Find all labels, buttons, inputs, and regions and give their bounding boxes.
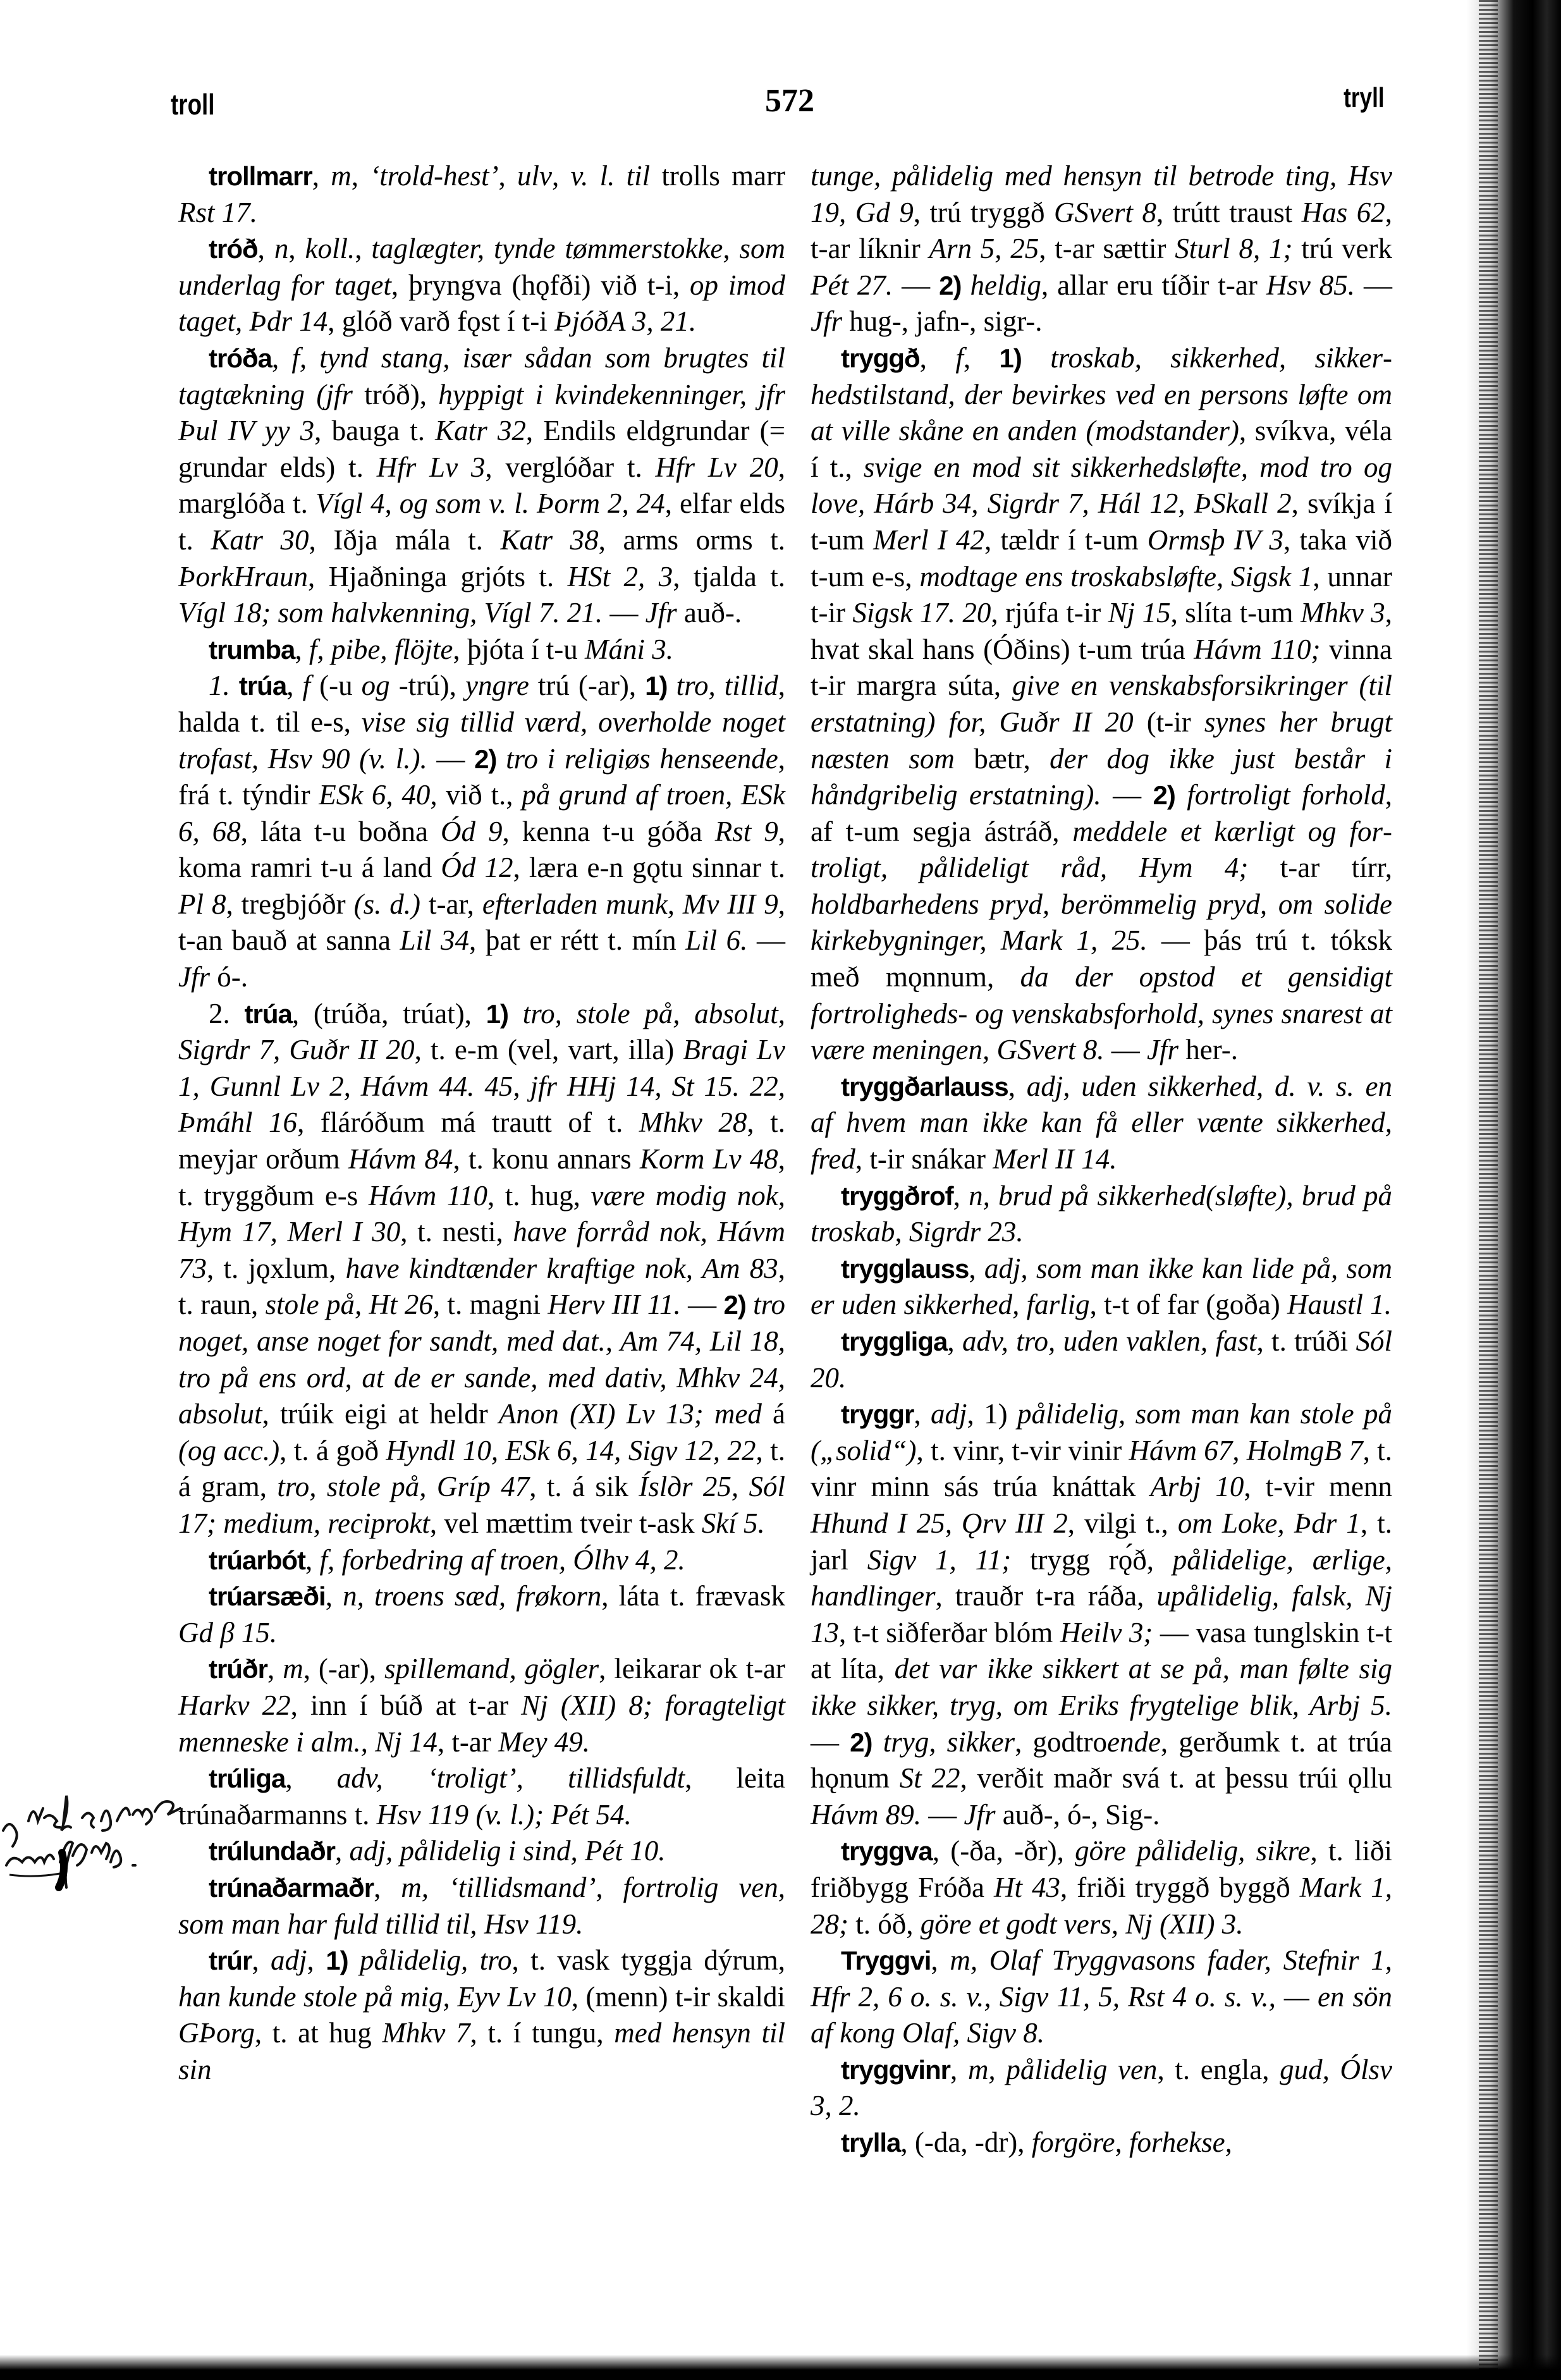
italic-gloss: f, forbedring af troen, Ólhv 4, 2. xyxy=(320,1544,685,1576)
entry-text: , xyxy=(1008,1070,1027,1102)
italic-gloss: HSt 2, 3 xyxy=(568,561,673,592)
italic-gloss: Vígl 4, og som v. l. Þorm 2, 24 xyxy=(315,488,665,519)
italic-gloss: Ormsþ IV 3 xyxy=(1148,524,1283,556)
entry-text: , trauðr t-ra ráða, xyxy=(936,1580,1157,1612)
headword: 1) xyxy=(645,671,667,701)
entry-text: , (-ða, -ðr), xyxy=(933,1835,1075,1867)
italic-gloss: Hávm 110 xyxy=(369,1180,487,1211)
italic-gloss: han kunde stole på mig, Eyv Lv 10 xyxy=(178,1981,572,2013)
headword: trygglauss xyxy=(841,1254,969,1284)
entry-text: , t. á goð xyxy=(279,1435,386,1466)
entry-text: , t. at hug xyxy=(255,2017,383,2049)
italic-gloss: tro i religiøs henseende xyxy=(506,743,778,775)
headword: tryggr xyxy=(841,1399,914,1429)
entry-text: — xyxy=(921,1799,964,1831)
dictionary-entry: tryggva, (-ða, -ðr), göre pålidelig, sik… xyxy=(811,1833,1392,1942)
dictionary-entry: tryggðrof, n, brud på sikkerhed(sløfte),… xyxy=(811,1178,1392,1251)
italic-gloss: m xyxy=(331,160,352,192)
entry-text: , t-t of far (goða) xyxy=(1090,1289,1287,1320)
entry-text: , tjalda t. xyxy=(673,561,785,592)
italic-gloss: m xyxy=(283,1653,303,1684)
entry-text: , láta t-u boðna xyxy=(241,816,441,847)
headword: tryggvinr xyxy=(841,2055,950,2085)
entry-text: -trú), xyxy=(390,670,465,701)
italic-gloss: Has 62 xyxy=(1302,197,1385,228)
italic-gloss: tro, tillid xyxy=(676,670,778,701)
dictionary-entry: tryggð, f, 1) troskab, sikkerhed, sikker… xyxy=(811,340,1392,1069)
headword: 2) xyxy=(850,1727,872,1757)
entry-text: , t. e-m (vel, vart, illa) xyxy=(415,1034,683,1065)
italic-gloss: Katr 30 xyxy=(211,524,309,556)
dictionary-entry: tróða, f, tynd stang, især sådan som bru… xyxy=(178,340,785,632)
dictionary-entry: trúnaðarmaðr, m, ‘tillidsmand’, fortro­l… xyxy=(178,1870,785,1942)
italic-gloss: og xyxy=(362,670,390,701)
italic-gloss: Hfr Lv 3 xyxy=(377,451,486,483)
entry-text: , (trúða, trúat), xyxy=(292,998,486,1029)
entry-text: t. óð, xyxy=(848,1908,921,1940)
dictionary-entry: tryggliga, adv, tro, uden vaklen, fast, … xyxy=(811,1323,1392,1396)
headword: 1) xyxy=(486,999,508,1029)
entry-text: — xyxy=(747,924,785,956)
entry-text: , xyxy=(295,634,309,665)
dictionary-entry: tróð, n, koll., taglægter, tynde tømmer­… xyxy=(178,231,785,340)
italic-gloss: Sigv 1, 11; xyxy=(867,1544,1011,1576)
italic-gloss: Hávm 67, HolmgB 7 xyxy=(1129,1435,1363,1466)
book-spine-shadow xyxy=(1466,0,1561,2380)
entry-text: , xyxy=(286,670,302,701)
italic-gloss: Sturl 8, 1; xyxy=(1175,233,1292,264)
entry-text: , (-da, -dr), xyxy=(900,2126,1031,2158)
entry-text: , t. vask tyggja dýrum, xyxy=(512,1944,785,1976)
entry-text: , xyxy=(267,1653,283,1684)
italic-gloss: Hávm 89. xyxy=(811,1799,921,1831)
entry-text: , xyxy=(252,1944,271,1976)
entry-text: , kenna t-u góða xyxy=(503,816,715,847)
entry-text: , þjóta í t-u xyxy=(453,634,585,665)
entry-text: — xyxy=(603,597,646,629)
italic-gloss: ulv xyxy=(517,160,552,192)
dictionary-entry: trygglauss, adj, som man ikke kan lide p… xyxy=(811,1251,1392,1323)
italic-gloss: Heilv 3; xyxy=(1060,1617,1153,1648)
entry-text: , þryngva (hǫfði) við t-i, xyxy=(391,269,690,301)
italic-gloss: Ht 43 xyxy=(994,1872,1060,1903)
italic-gloss: Arn 5, 25 xyxy=(929,233,1039,264)
entry-text: , xyxy=(552,160,571,192)
headword: tróða xyxy=(209,343,272,373)
entry-text: á xyxy=(762,1398,785,1430)
page-bottom-edge xyxy=(0,2355,1561,2380)
entry-text: , t. nesti, xyxy=(400,1216,513,1248)
italic-gloss: GÞorg xyxy=(178,2017,255,2049)
italic-gloss: Lil 6. xyxy=(685,924,747,956)
italic-gloss: ESk 6, 40 xyxy=(319,779,430,811)
headword: trúlundaðr xyxy=(209,1836,335,1866)
entry-text: , vilgi t., xyxy=(1068,1507,1178,1539)
headword: trúarbót xyxy=(209,1545,305,1575)
italic-gloss: pålidelig, tro xyxy=(360,1944,512,1976)
dictionary-entry: trúðr, m, (-ar), spillemand, gögler, lei… xyxy=(178,1651,785,1760)
italic-gloss: Mey 49. xyxy=(498,1726,590,1758)
entry-text: , xyxy=(288,233,305,264)
italic-gloss: f, pibe, flöjte xyxy=(309,634,453,665)
entry-text: , leik­arar ok t-ar xyxy=(599,1653,785,1684)
entry-text: trú verk xyxy=(1293,233,1392,264)
headword: trúa xyxy=(244,999,291,1029)
entry-text: — xyxy=(681,1289,724,1320)
entry-text: , arms orms t. xyxy=(599,524,785,556)
entry-text: , xyxy=(914,1398,931,1430)
italic-gloss: Hsv 119 (v. l.); Pét 54. xyxy=(377,1799,632,1831)
entry-text: , t. jǫxl­um, xyxy=(207,1253,346,1284)
headword: trúarsæði xyxy=(209,1581,326,1611)
entry-text: , xyxy=(355,233,371,264)
italic-gloss: adj xyxy=(931,1398,967,1430)
headword: 2) xyxy=(1153,780,1175,810)
headword: trúðr xyxy=(209,1654,267,1684)
handwriting-scribble-icon xyxy=(0,1793,209,1894)
italic-gloss: om Loke, Þdr 1 xyxy=(1178,1507,1361,1539)
italic-gloss: heldig xyxy=(970,269,1041,301)
entry-text: , friði tryggð byggð xyxy=(1060,1872,1300,1903)
entry-text: , xyxy=(920,342,956,374)
italic-gloss: adv, tro, uden vaklen, fast xyxy=(962,1325,1257,1357)
entry-text: , t. í tungu, xyxy=(470,2017,614,2049)
italic-gloss: Mhkv 7 xyxy=(382,2017,470,2049)
entry-text: , Hjaðn­inga grjóts t. xyxy=(308,561,568,592)
entry-text: , xyxy=(499,160,518,192)
italic-gloss: Ód 9 xyxy=(441,816,503,847)
headword: tróð xyxy=(209,234,258,264)
entry-text: trygg rǫ́ð, xyxy=(1011,1544,1173,1576)
entry-text: , xyxy=(953,1180,969,1211)
entry-text: , xyxy=(964,342,1000,374)
entry-text: , fláróðum má trautt of t. xyxy=(297,1107,639,1138)
entry-text xyxy=(746,1289,753,1320)
italic-gloss: forgöre, forhekse, xyxy=(1032,2126,1232,2158)
headword: 1) xyxy=(1000,343,1022,373)
entry-text: (-u xyxy=(310,670,362,701)
entry-text: , xyxy=(258,233,274,264)
italic-gloss: modtage ens troskabsløfte, Sigsk 1 xyxy=(919,561,1313,592)
entry-text: tróð), xyxy=(353,379,438,410)
entry-text: — xyxy=(1104,1034,1147,1065)
italic-gloss: adj xyxy=(271,1944,307,1976)
italic-gloss: Jfr xyxy=(811,305,842,337)
headword: trúnaðarmaðr xyxy=(209,1873,374,1903)
entry-text xyxy=(348,1944,360,1976)
entry-text: , við t., xyxy=(430,779,522,811)
entry-text: , t. konu annars xyxy=(453,1143,640,1175)
right-column: tunge, pålidelig med hensyn til betrode … xyxy=(811,158,1392,2161)
italic-gloss: Jfr xyxy=(178,961,210,993)
entry-text: , t. magni xyxy=(433,1289,548,1320)
italic-gloss: yngre xyxy=(465,670,529,701)
dictionary-entry: trylla, (-da, -dr), forgöre, forhekse, xyxy=(811,2125,1392,2161)
entry-text: , xyxy=(947,1325,962,1357)
entry-text: 2. xyxy=(209,998,244,1029)
italic-gloss: fortroligt forhold xyxy=(1187,779,1385,811)
entry-text: , xyxy=(305,1544,320,1576)
dictionary-entry: trúarbót, f, forbedring af troen, Ólhv 4… xyxy=(178,1542,785,1579)
italic-gloss: Merl II 14. xyxy=(993,1143,1117,1175)
headword: tryggðarlauss xyxy=(841,1072,1008,1101)
entry-text: , xyxy=(352,160,370,192)
entry-text xyxy=(1175,779,1187,811)
headword: trylla xyxy=(841,2128,900,2157)
dictionary-entry: 1. trúa, f (-u og -trú), yngre trú (-ar)… xyxy=(178,668,785,995)
italic-gloss: Lil 34 xyxy=(400,924,469,956)
dictionary-entry: tryggðarlauss, adj, uden sikkerhed, d. v… xyxy=(811,1069,1392,1178)
italic-gloss: (s. d.) xyxy=(354,888,420,920)
entry-text: , trútt traust xyxy=(1156,197,1302,228)
italic-gloss: (og acc.) xyxy=(178,1435,279,1466)
headword: 1) xyxy=(326,1946,348,1975)
headword: trúr xyxy=(209,1946,252,1975)
italic-gloss: Máni 3. xyxy=(585,634,673,665)
headword: trúa xyxy=(239,671,286,701)
entry-text: auð-, ó-, Sig-. xyxy=(995,1799,1160,1831)
italic-gloss: Pét 27. xyxy=(811,269,893,301)
entry-text xyxy=(1022,342,1050,374)
dictionary-entry: tryggr, adj, 1) pålidelig, som man kan s… xyxy=(811,1396,1392,1833)
italic-gloss: Katr 38 xyxy=(500,524,598,556)
entry-text: , glóð varð fǫst í t-i xyxy=(328,305,554,337)
italic-gloss: göre pålidelig, sikre xyxy=(1075,1835,1310,1867)
entry-text: , xyxy=(326,1580,343,1612)
italic-gloss: Hhund I 25, Ǫrv III 2 xyxy=(811,1507,1068,1539)
entry-text: , xyxy=(285,1762,336,1794)
entry-text: , t-t siðferðar blóm xyxy=(839,1617,1060,1648)
italic-gloss: Hfr Lv 20 xyxy=(656,451,778,483)
italic-gloss: GSvert 8 xyxy=(1054,197,1156,228)
entry-text: , t-vir menn xyxy=(1244,1471,1392,1502)
entry-text: , t. engla, xyxy=(1157,2054,1280,2085)
italic-gloss: Hyndl 10, ESk 6, 14, Sigv 12, 22 xyxy=(386,1435,756,1466)
handwritten-margin-note xyxy=(0,1793,209,1887)
entry-text: , læra e-n gǫtu sinnar t. xyxy=(513,852,785,883)
left-column: trollmarr, m, ‘trold-hest’, ulv, v. l. t… xyxy=(178,158,785,2088)
italic-gloss: Jfr xyxy=(646,597,677,629)
italic-gloss: Skí 5. xyxy=(702,1507,765,1539)
entry-text: , þat er rétt t. mín xyxy=(469,924,685,956)
entry-text: trolls marr xyxy=(650,160,785,192)
entry-text: , xyxy=(272,342,291,374)
entry-text xyxy=(668,670,676,701)
entry-text: , t. hug, xyxy=(487,1180,591,1211)
entry-text: — xyxy=(427,743,474,775)
italic-gloss: Mhkv 28 xyxy=(639,1107,747,1138)
entry-text: — xyxy=(1101,779,1153,811)
entry-text: — xyxy=(811,1726,850,1758)
entry-text: — xyxy=(893,269,939,301)
italic-gloss: Arbj 10 xyxy=(1150,1471,1244,1502)
italic-gloss: det var ikke sikkert at se på, man følte… xyxy=(811,1653,1392,1721)
page-number: 572 xyxy=(765,82,814,120)
entry-text: , tregbjóðr xyxy=(226,888,353,920)
italic-gloss: adv, ‘troligt’, tillidsfuldt xyxy=(337,1762,685,1794)
headword: trúliga xyxy=(209,1764,285,1793)
headword: Tryggvi xyxy=(841,1946,931,1975)
dictionary-entry: trúarsæði, n, troens sæd, frøkorn, láta … xyxy=(178,1578,785,1651)
entry-text: (t-ir xyxy=(1134,706,1204,738)
entry-text: , xyxy=(307,1944,326,1976)
entry-text: trú (-ar), xyxy=(529,670,645,701)
headword: tryggð xyxy=(841,343,920,373)
entry-text: , rjúfa t-ir xyxy=(991,597,1108,629)
italic-gloss: ‘trold-hest’ xyxy=(370,160,498,192)
entry-text: , tældr í t-um xyxy=(984,524,1148,556)
headword: trumba xyxy=(209,635,295,665)
entry-text: , inn í búð at t-ar xyxy=(291,1690,522,1721)
italic-gloss: Katr 32 xyxy=(435,415,526,446)
dictionary-entry: Tryggvi, m, Olaf Tryggvasons fader, Stef… xyxy=(811,1942,1392,2052)
italic-gloss: v. l. xyxy=(571,160,615,192)
headword: 2) xyxy=(939,271,961,300)
italic-gloss: Harkv 22 xyxy=(178,1690,291,1721)
italic-gloss: til xyxy=(627,160,651,192)
italic-gloss: Nj 15 xyxy=(1108,597,1171,629)
italic-gloss: göre et godt vers, Nj (XII) 3. xyxy=(921,1908,1244,1940)
italic-gloss: St 22 xyxy=(900,1762,960,1794)
dictionary-entry: tryggvinr, m, pålidelig ven, t. engla, g… xyxy=(811,2052,1392,2125)
italic-gloss: Hávm 84 xyxy=(348,1143,453,1175)
entry-text: , Iðja mála t. xyxy=(309,524,501,556)
entry-text xyxy=(230,670,239,701)
entry-text: , (menn) t-ir skaldi xyxy=(572,1981,785,2013)
italic-gloss: efterladen munk, Mv III 9 xyxy=(482,888,778,920)
headword: 2) xyxy=(474,744,496,774)
entry-text: , t-ir snákar xyxy=(855,1143,993,1175)
entry-text: , 1) xyxy=(967,1398,1017,1430)
italic-gloss: tryg, sikker xyxy=(883,1726,1015,1758)
entry-text xyxy=(496,743,506,775)
italic-gloss: have kindtænder kraftige nok, Am 83 xyxy=(346,1253,778,1284)
italic-gloss: n, troens sæd, frøkorn xyxy=(343,1580,601,1612)
italic-gloss: Anon (XI) Lv 13; med xyxy=(499,1398,762,1430)
italic-gloss: adj, pålidelig i sind, Pét 10. xyxy=(349,1835,665,1867)
entry-text: , vel mættim tveir t-ask xyxy=(430,1507,702,1539)
italic-gloss: Korm Lv 48 xyxy=(640,1143,778,1175)
entry-text: , t. trúði xyxy=(1256,1325,1356,1357)
italic-gloss: Gd β 15. xyxy=(178,1617,277,1648)
dictionary-entry: trúr, adj, 1) pålidelig, tro, t. vask ty… xyxy=(178,1942,785,2088)
entry-text: , verglóðar t. xyxy=(485,451,655,483)
entry-text: , trú tryggð xyxy=(914,197,1054,228)
entry-text xyxy=(508,998,523,1029)
italic-gloss: Mhkv 3 xyxy=(1301,597,1385,629)
entry-text: , verðit maðr svá t. at þessu trúi ǫllu xyxy=(960,1762,1392,1794)
entry-text: bætr, xyxy=(955,743,1050,775)
italic-gloss: koll. xyxy=(305,233,355,264)
entry-text: t-ar tírr, xyxy=(1248,852,1392,883)
dictionary-page: troll 572 tryll trollmarr, m, ‘trold-hes… xyxy=(0,0,1561,2380)
entry-text: — xyxy=(1355,269,1392,301)
dictionary-entry: trúliga, adv, ‘troligt’, tillidsfuldt, l… xyxy=(178,1760,785,1833)
entry-text: , t-ar xyxy=(438,1726,498,1758)
italic-gloss: 1. xyxy=(209,670,230,701)
italic-gloss: tro, stole på, Gríp 47 xyxy=(277,1471,529,1502)
entry-text xyxy=(872,1726,883,1758)
entry-text: , trúik eigi at heldr xyxy=(262,1398,499,1430)
entry-text: t-ar, xyxy=(420,888,482,920)
entry-text: , t. á sik xyxy=(529,1471,639,1502)
entry-text: , t-ar sættir xyxy=(1039,233,1175,264)
italic-gloss: Sigsk 17. 20 xyxy=(852,597,991,629)
entry-text: , godtro­ xyxy=(1015,1726,1107,1758)
italic-gloss: Merl I 42 xyxy=(873,524,984,556)
italic-gloss: n xyxy=(274,233,289,264)
entry-text xyxy=(961,269,970,301)
entry-text: ó-. xyxy=(210,961,248,993)
italic-gloss: Jfr xyxy=(964,1799,995,1831)
entry-text: , bauga t. xyxy=(314,415,435,446)
italic-gloss: Rst 17. xyxy=(178,197,257,228)
entry-text: , xyxy=(312,160,331,192)
italic-gloss: Hsv 85. xyxy=(1266,269,1355,301)
headword: 2) xyxy=(723,1290,745,1320)
italic-gloss: ÞjóðA 3, 21. xyxy=(554,305,696,337)
entry-text: , (-ar), xyxy=(303,1653,384,1684)
entry-text: her-. xyxy=(1178,1034,1238,1065)
italic-gloss: f xyxy=(303,670,311,701)
italic-gloss: Rst 9 xyxy=(715,816,778,847)
headword: trollmarr xyxy=(209,161,312,191)
dictionary-entry: 2. trúa, (trúða, trúat), 1) tro, stole p… xyxy=(178,996,785,1542)
italic-gloss: Hávm 110; xyxy=(1194,634,1320,665)
italic-gloss: Jfr xyxy=(1147,1034,1178,1065)
dictionary-entry: tunge, pålidelig med hensyn til betrode … xyxy=(811,158,1392,340)
dictionary-entry: trúlundaðr, adj, pålidelig i sind, Pét 1… xyxy=(178,1833,785,1870)
entry-text: , xyxy=(335,1835,350,1867)
italic-gloss: f xyxy=(955,342,964,374)
italic-gloss: stole på, Ht 26 xyxy=(266,1289,433,1320)
entry-text: , xyxy=(374,1872,401,1903)
right-guide-word: tryll xyxy=(1344,82,1385,114)
italic-gloss: Haustl 1. xyxy=(1287,1289,1392,1320)
left-guide-word: troll xyxy=(171,87,215,121)
entry-text: hug-, jafn-, sigr-. xyxy=(842,305,1043,337)
entry-text xyxy=(615,160,626,192)
dictionary-entry: trumba, f, pibe, flöjte, þjóta í t-u Mán… xyxy=(178,632,785,668)
headword: tryggva xyxy=(841,1836,933,1866)
italic-gloss: m, pålidelig ven xyxy=(968,2054,1158,2085)
entry-text: , t. vinr, t-vir vinir xyxy=(917,1435,1129,1466)
italic-gloss: ÞorkHraun xyxy=(178,561,308,592)
headword: tryggliga xyxy=(841,1327,947,1356)
italic-gloss: Ód 12 xyxy=(441,852,513,883)
entry-text: , xyxy=(950,2054,968,2085)
italic-gloss: ende xyxy=(1107,1726,1161,1758)
headword: tryggðrof xyxy=(841,1181,953,1211)
running-head: troll 572 tryll xyxy=(171,82,1372,133)
entry-text: , xyxy=(969,1253,984,1284)
entry-text: auð-. xyxy=(677,597,742,629)
entry-text: , láta t. frævask xyxy=(601,1580,785,1612)
italic-gloss: Herv III 11. xyxy=(548,1289,680,1320)
entry-text: , xyxy=(931,1944,950,1976)
dictionary-entry: trollmarr, m, ‘trold-hest’, ulv, v. l. t… xyxy=(178,158,785,231)
entry-text: , slíta t-um xyxy=(1171,597,1301,629)
entry-text: , allar eru tíðir t-ar xyxy=(1041,269,1266,301)
italic-gloss: spillemand, gögler xyxy=(384,1653,599,1684)
italic-gloss: Vígl 18; som halvkenning, Vígl 7. 21. xyxy=(178,597,603,629)
italic-gloss: Pl 8 xyxy=(178,888,226,920)
